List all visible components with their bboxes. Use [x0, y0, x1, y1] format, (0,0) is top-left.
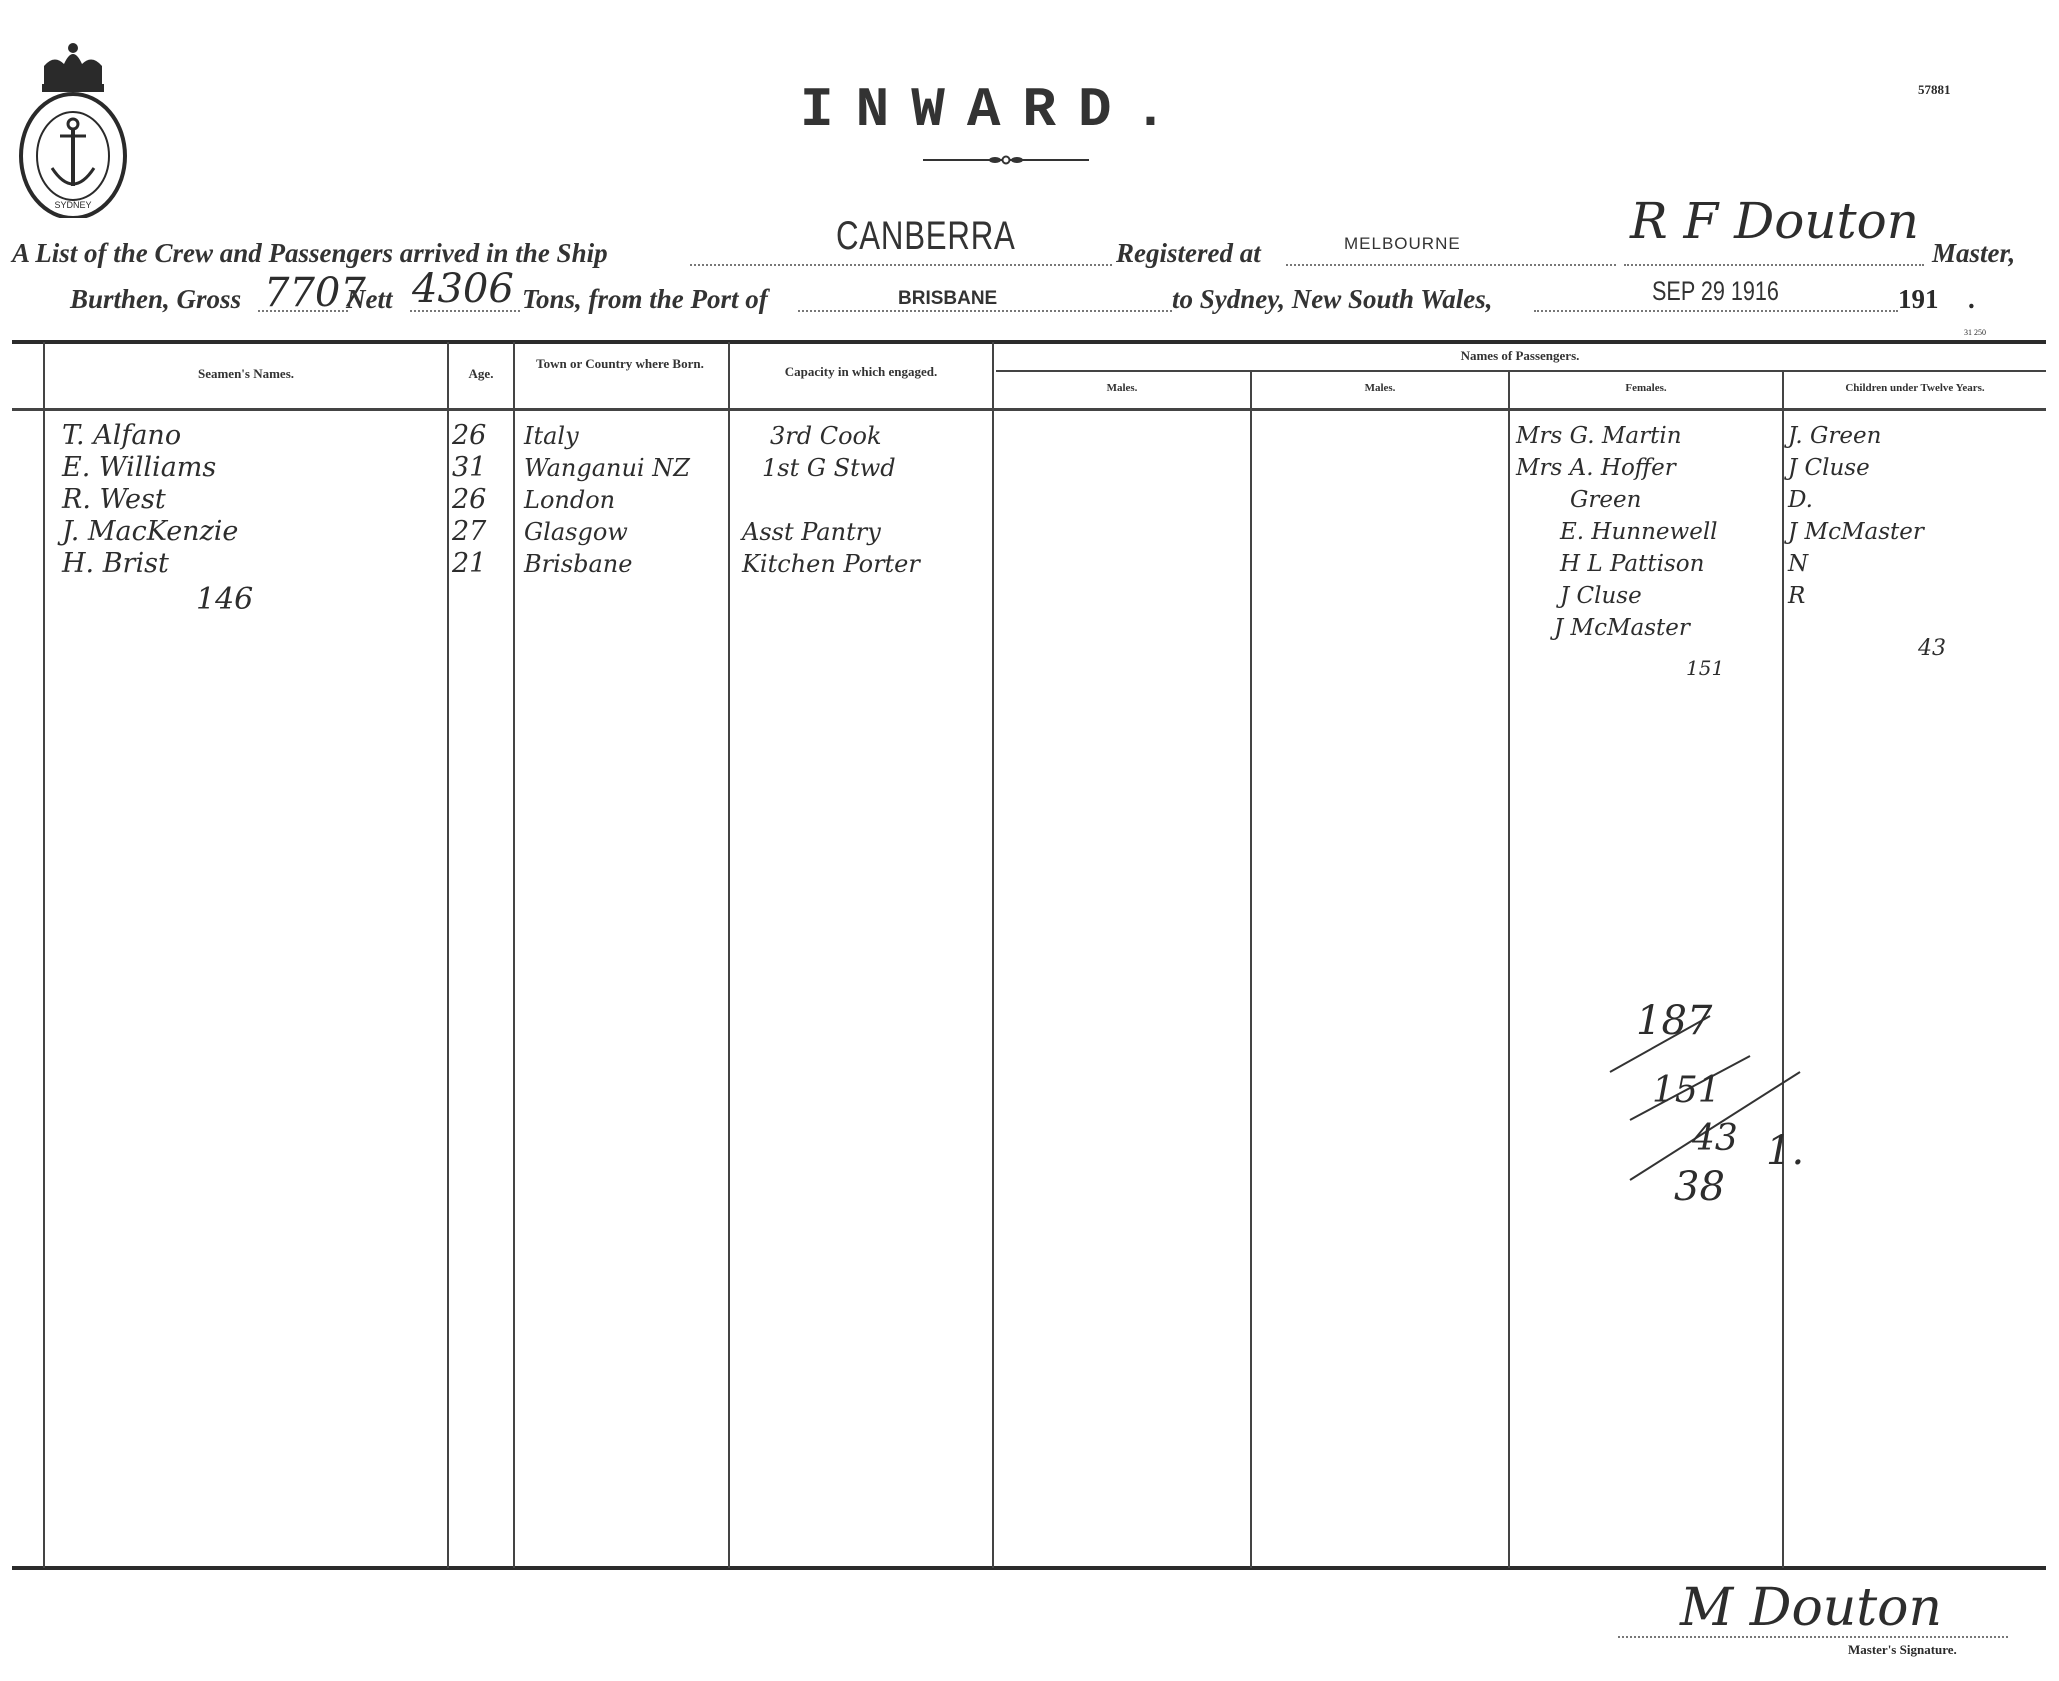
female-passenger: Mrs G. Martin [1516, 420, 1718, 452]
tons-port-label: Tons, from the Port of [522, 284, 768, 315]
tally-line-4: 38 [1674, 1164, 1725, 1210]
children-column: J. Green J Cluse D. J McMaster N R [1788, 420, 1924, 612]
date-stamp[interactable]: SEP 29 1916 [1652, 276, 1779, 307]
seaman-born: Italy [524, 420, 690, 452]
seaman-capacity: Asst Pantry [742, 516, 920, 548]
column-header-females: Females. [1510, 382, 1782, 394]
column-header-capacity: Capacity in which engaged. [730, 364, 992, 380]
form-number: 57881 [1918, 82, 1951, 98]
females-column: Mrs G. Martin Mrs A. Hoffer Green E. Hun… [1516, 420, 1718, 644]
port-line [798, 310, 1172, 312]
age-column: 26 31 26 27 21 [452, 420, 486, 580]
nett-label: Nett [346, 284, 393, 315]
column-header-age: Age. [449, 366, 513, 382]
table-top-rule [12, 340, 2046, 344]
female-passenger: Mrs A. Hoffer [1516, 452, 1718, 484]
list-label: A List of the Crew and Passengers arrive… [12, 238, 608, 269]
column-divider [728, 342, 730, 1568]
print-code: 31 250 [1964, 328, 1986, 337]
seaman-name: E. Williams [62, 452, 238, 484]
registered-line [1286, 264, 1616, 266]
tally-line-2: 151 [1652, 1070, 1721, 1111]
seaman-born: Glasgow [524, 516, 690, 548]
seaman-name: R. West [62, 484, 238, 516]
to-sydney-label: to Sydney, New South Wales, [1172, 284, 1493, 315]
female-passenger: J Cluse [1516, 580, 1718, 612]
seaman-age: 26 [452, 484, 486, 516]
crew-row: T. Alfano E. Williams R. West J. MacKenz… [62, 420, 238, 580]
children-count-note: 43 [1918, 636, 1946, 661]
master-signature-top: R F Douton [1630, 192, 1919, 250]
date-line [1534, 310, 1898, 312]
master-label: Master, [1932, 238, 2015, 269]
column-header-passengers: Names of Passengers. [994, 348, 2046, 364]
tally-line-1: 187 [1636, 998, 1712, 1044]
tally-line-3: 43 [1692, 1118, 1738, 1159]
port-of-field[interactable]: BRISBANE [898, 288, 997, 310]
master-signature: M Douton [1680, 1578, 1942, 1638]
born-column: Italy Wanganui NZ London Glasgow Brisban… [524, 420, 690, 580]
column-header-children: Children under Twelve Years. [1784, 382, 2046, 394]
female-passenger: J McMaster [1516, 612, 1718, 644]
column-divider [513, 342, 515, 1568]
title-flourish [923, 150, 1089, 160]
seaman-age: 27 [452, 516, 486, 548]
crew-count-note: 146 [196, 582, 253, 617]
column-header-males-2: Males. [1252, 382, 1508, 394]
seaman-capacity: Kitchen Porter [742, 548, 920, 580]
shipping-masters-department-seal-icon: SYDNEY [14, 36, 132, 218]
passenger-group-rule [996, 370, 2046, 372]
tally-suffix: 1. [1766, 1128, 1804, 1174]
child-passenger: J McMaster [1788, 516, 1924, 548]
child-passenger: J. Green [1788, 420, 1924, 452]
female-passenger: H L Pattison [1516, 548, 1718, 580]
seaman-name: T. Alfano [62, 420, 238, 452]
registered-at-field[interactable]: MELBOURNE [1344, 234, 1461, 254]
column-header-males-1: Males. [994, 382, 1250, 394]
master-line [1624, 264, 1924, 266]
ship-name-field[interactable]: CANBERRA [836, 214, 1016, 259]
female-passenger: E. Hunnewell [1516, 516, 1718, 548]
seaman-name: H. Brist [62, 548, 238, 580]
registered-label: Registered at [1116, 238, 1261, 269]
capacity-column: 3rd Cook 1st G Stwd Asst Pantry Kitchen … [742, 420, 920, 580]
master-signature-label: Master's Signature. [1848, 1642, 1957, 1658]
column-divider [447, 342, 449, 1568]
females-count-note: 151 [1686, 656, 1724, 680]
seaman-age: 31 [452, 452, 486, 484]
table-bottom-rule [12, 1566, 2046, 1570]
column-divider [1782, 372, 1784, 1568]
page-title: INWARD. [800, 78, 1189, 142]
female-passenger: Green [1516, 484, 1718, 516]
header-bottom-rule [12, 408, 2046, 411]
passenger-tally: 187 151 43 38 1. [1600, 980, 1820, 1220]
child-passenger: J Cluse [1788, 452, 1924, 484]
year-period: . [1968, 284, 1975, 315]
column-header-town-born: Town or Country where Born. [530, 356, 710, 372]
seaman-born: Brisbane [524, 548, 690, 580]
nett-tons-field[interactable]: 4306 [412, 266, 514, 312]
child-passenger: R [1788, 580, 1924, 612]
seaman-born: London [524, 484, 690, 516]
column-divider [992, 342, 994, 1568]
burthen-label: Burthen, Gross [70, 284, 241, 315]
column-divider [1250, 372, 1252, 1568]
ship-name-line [690, 264, 1112, 266]
seaman-age: 26 [452, 420, 486, 452]
seaman-capacity [742, 484, 920, 516]
column-header-seamen-names: Seamen's Names. [45, 366, 447, 382]
seaman-born: Wanganui NZ [524, 452, 690, 484]
year-prefix: 191 [1898, 284, 1939, 315]
child-passenger: N [1788, 548, 1924, 580]
seaman-name: J. MacKenzie [62, 516, 238, 548]
svg-text:SYDNEY: SYDNEY [54, 200, 91, 210]
seaman-capacity: 3rd Cook [742, 420, 920, 452]
child-passenger: D. [1788, 484, 1924, 516]
column-divider [1508, 372, 1510, 1568]
seaman-age: 21 [452, 548, 486, 580]
seaman-capacity: 1st G Stwd [742, 452, 920, 484]
column-divider [43, 342, 45, 1568]
